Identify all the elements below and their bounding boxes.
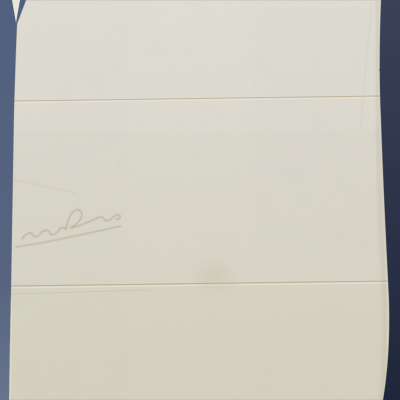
- top-sheen: [0, 0, 400, 130]
- fold-stain: [186, 255, 242, 299]
- bottom-warm-tone: [0, 283, 400, 400]
- photo-canvas: [0, 0, 400, 400]
- photo-of-folded-paper: [0, 0, 400, 400]
